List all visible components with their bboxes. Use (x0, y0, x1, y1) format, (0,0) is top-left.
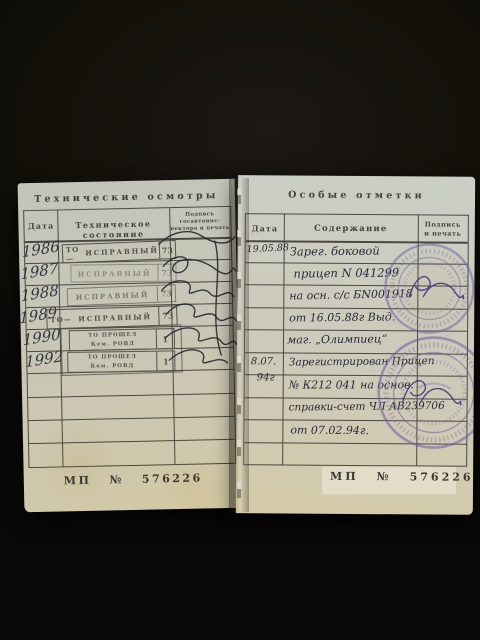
mp-mark: МП (64, 474, 92, 488)
number-sign: № (109, 473, 124, 486)
number-sign: № (377, 470, 392, 483)
stamp-line: Кем. РОВД (68, 361, 156, 370)
stamp-label: ИСПРАВНЫЙ (68, 289, 157, 301)
spine-stitching (237, 188, 241, 502)
stamp-two-lines: ТО ПРОШЕЛ Кем. РОВД (68, 353, 156, 370)
stamp-line: Кем. РОВД (70, 339, 156, 349)
booklet-spine (229, 178, 249, 512)
stamp-two-lines: ТО ПРОШЕЛ Кем. РОВД (70, 331, 156, 349)
right-page-footer: МП № 576226 (330, 470, 474, 484)
stamp-prefix: ТО— (47, 314, 72, 324)
row-line (29, 416, 235, 421)
mp-mark: МП (330, 470, 359, 483)
row-line (29, 439, 235, 444)
header-technical-condition: Техническое состояние (57, 218, 169, 240)
inspector-signatures (157, 227, 240, 379)
serial-number: 576226 (410, 470, 474, 483)
left-page-technical-inspections: Технические осмотры Дата Техническое сос… (18, 179, 242, 512)
row-line (28, 393, 234, 398)
header-date: Дата (24, 220, 57, 231)
left-page-footer: МП № 576226 (64, 471, 203, 487)
stamp-label: ИСПРАВНЫЙ (85, 246, 159, 258)
paper-stain (143, 459, 241, 513)
stamp-label: ИСПРАВНЫЙ (71, 268, 157, 278)
stamp-label: ИСПРАВНЫЙ (72, 311, 159, 323)
entry-signature (399, 372, 463, 414)
left-page-title: Технические осмотры (18, 190, 235, 206)
registration-booklet: Технические осмотры Дата Техническое сос… (0, 0, 480, 640)
entry-signature (405, 268, 465, 308)
photo-background: Технические осмотры Дата Техническое сос… (0, 0, 480, 640)
serial-number: 576226 (142, 471, 203, 485)
right-page-special-marks: Особые отметки Дата Содержание Подпись (236, 175, 475, 515)
round-official-stamps (236, 175, 475, 515)
stamp-prefix: ТО— (63, 244, 86, 263)
